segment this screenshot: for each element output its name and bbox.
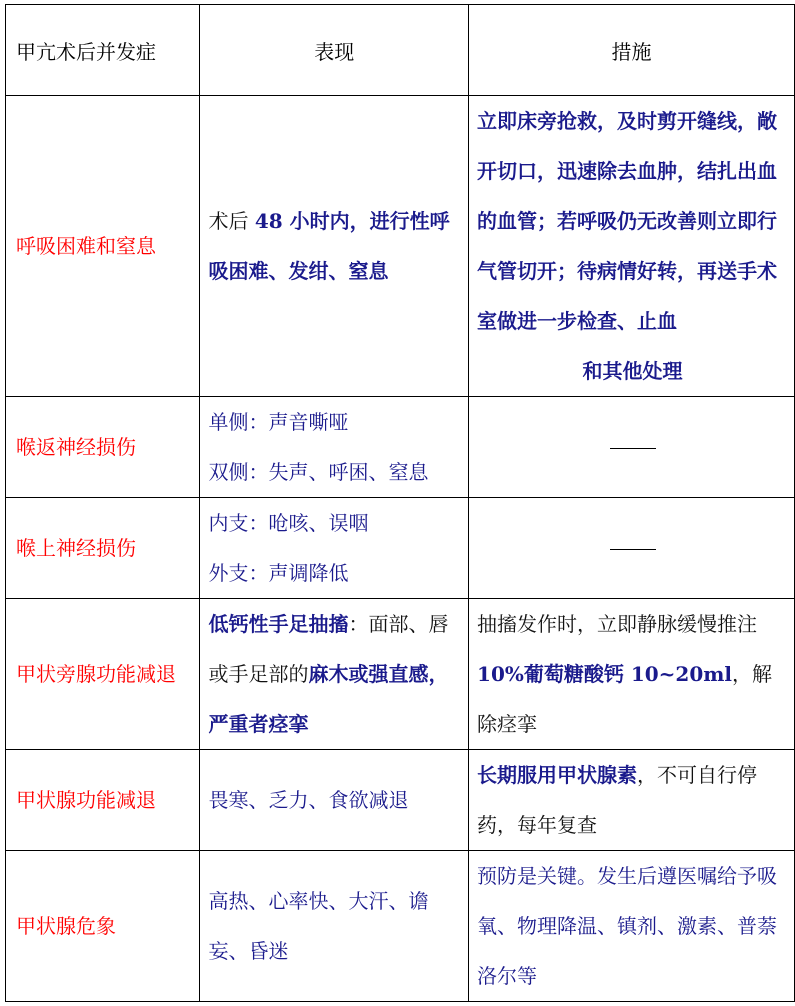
dash-placeholder xyxy=(610,549,656,550)
text: 和其他处理 xyxy=(477,346,788,396)
header-row: 甲亢术后并发症 表现 措施 xyxy=(6,5,795,96)
table-row: 甲状腺危象 高热、心率快、大汗、谵妄、昏迷 预防是关键。发生后遵医嘱给予吸氧、物… xyxy=(6,851,795,1002)
text: 内支：呛咳、误咽 xyxy=(208,498,462,548)
condition-cell: 甲状旁腺功能减退 xyxy=(6,599,200,750)
condition-cell: 喉上神经损伤 xyxy=(6,498,200,599)
text-bold: 长期服用甲状腺素 xyxy=(477,763,637,787)
dash-placeholder xyxy=(610,448,656,449)
text: 术后 xyxy=(208,209,254,233)
manifestation-cell: 内支：呛咳、误咽外支：声调降低 xyxy=(200,498,469,599)
measures-cell xyxy=(469,397,795,498)
manifestation-cell: 高热、心率快、大汗、谵妄、昏迷 xyxy=(200,851,469,1002)
text-bold: 48 xyxy=(255,209,283,233)
table-row: 呼吸困难和窒息 术后 48 小时内，进行性呼吸困难、发绀、窒息 立即床旁抢救，及… xyxy=(6,96,795,397)
condition-cell: 甲状腺功能减退 xyxy=(6,750,200,851)
text: 外支：声调降低 xyxy=(208,548,462,598)
complications-table: 甲亢术后并发症 表现 措施 呼吸困难和窒息 术后 48 小时内，进行性呼吸困难、… xyxy=(5,4,795,1002)
text-bold: 低钙性手足抽搐 xyxy=(208,612,348,636)
measures-cell xyxy=(469,498,795,599)
measures-cell: 立即床旁抢救，及时剪开缝线，敞开切口，迅速除去血肿，结扎出血的血管；若呼吸仍无改… xyxy=(469,96,795,397)
condition-cell: 甲状腺危象 xyxy=(6,851,200,1002)
table-row: 喉上神经损伤 内支：呛咳、误咽外支：声调降低 xyxy=(6,498,795,599)
measures-cell: 长期服用甲状腺素，不可自行停药，每年复查 xyxy=(469,750,795,851)
text: 抽搐发作时，立即静脉缓慢推注 xyxy=(477,612,757,636)
text-bold: 10%葡萄糖酸钙 10~20ml xyxy=(477,662,732,686)
table-row: 喉返神经损伤 单侧：声音嘶哑双侧：失声、呼困、窒息 xyxy=(6,397,795,498)
table-row: 甲状旁腺功能减退 低钙性手足抽搐：面部、唇或手足部的麻木或强直感，严重者痉挛 抽… xyxy=(6,599,795,750)
condition-cell: 喉返神经损伤 xyxy=(6,397,200,498)
text: 立即床旁抢救，及时剪开缝线，敞开切口，迅速除去血肿，结扎出血的血管；若呼吸仍无改… xyxy=(477,96,788,346)
header-measures: 措施 xyxy=(469,5,795,96)
condition-cell: 呼吸困难和窒息 xyxy=(6,96,200,397)
table-row: 甲状腺功能减退 畏寒、乏力、食欲减退 长期服用甲状腺素，不可自行停药，每年复查 xyxy=(6,750,795,851)
text: 双侧：失声、呼困、窒息 xyxy=(208,447,462,497)
header-complication: 甲亢术后并发症 xyxy=(6,5,200,96)
manifestation-cell: 术后 48 小时内，进行性呼吸困难、发绀、窒息 xyxy=(200,96,469,397)
measures-cell: 抽搐发作时，立即静脉缓慢推注10%葡萄糖酸钙 10~20ml，解除痉挛 xyxy=(469,599,795,750)
manifestation-cell: 单侧：声音嘶哑双侧：失声、呼困、窒息 xyxy=(200,397,469,498)
header-manifestation: 表现 xyxy=(200,5,469,96)
text: 单侧：声音嘶哑 xyxy=(208,397,462,447)
measures-cell: 预防是关键。发生后遵医嘱给予吸氧、物理降温、镇剂、激素、普萘洛尔等 xyxy=(469,851,795,1002)
manifestation-cell: 低钙性手足抽搐：面部、唇或手足部的麻木或强直感，严重者痉挛 xyxy=(200,599,469,750)
manifestation-cell: 畏寒、乏力、食欲减退 xyxy=(200,750,469,851)
